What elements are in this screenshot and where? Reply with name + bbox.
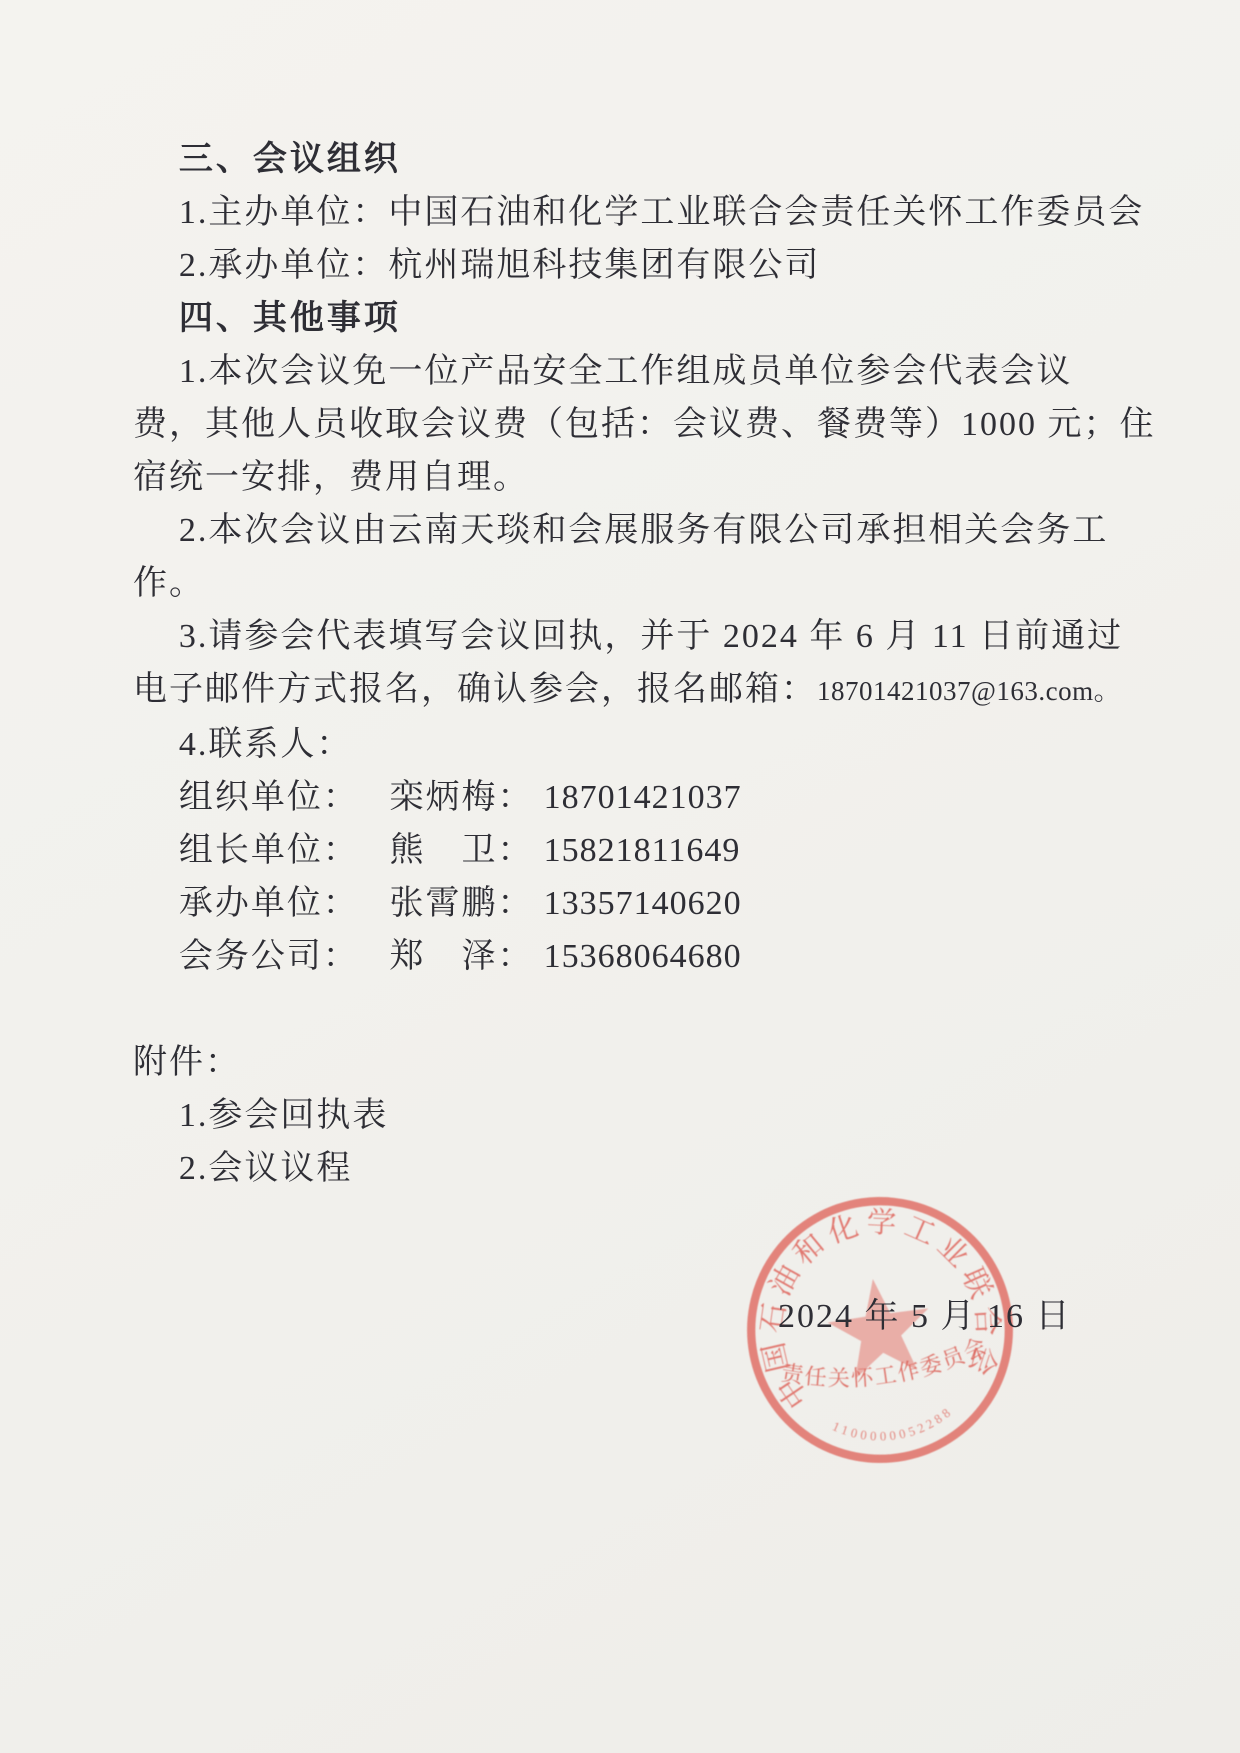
registration-text: 电子邮件方式报名，确认参会，报名邮箱：	[133, 671, 817, 708]
contact-row: 会务公司：郑 泽：15368064680	[133, 930, 1093, 983]
contact-phone: 13357140620	[544, 885, 742, 922]
body-line-service-1: 2.本次会议由云南天琰和会展服务有限公司承担相关会务工	[133, 504, 1093, 557]
registration-email: 18701421037@163.com。	[817, 676, 1121, 706]
contact-phone: 15821811649	[544, 832, 741, 869]
contact-row: 组长单位：熊 卫：15821811649	[133, 824, 1093, 877]
date-line: 2024 年 5 月 16 日	[778, 1288, 1072, 1337]
contact-label: 会务公司：	[179, 938, 359, 975]
document-body: 三、会议组织 1.主办单位：中国石油和化学工业联合会责任关怀工作委员会 2.承办…	[133, 133, 1093, 1195]
contact-label: 组长单位：	[179, 832, 359, 869]
contact-phone: 15368064680	[544, 938, 742, 975]
attachments-block: 附件： 1.参会回执表 2.会议议程	[133, 1036, 1093, 1195]
contact-row: 承办单位：张霄鹏：13357140620	[133, 877, 1093, 930]
attachment-item: 1.参会回执表	[133, 1089, 1093, 1142]
body-line-reply-2: 电子邮件方式报名，确认参会，报名邮箱：18701421037@163.com。	[133, 663, 1093, 718]
contact-label: 组织单位：	[179, 779, 359, 816]
contact-label: 承办单位：	[179, 885, 359, 922]
body-line-fee-1: 1.本次会议免一位产品安全工作组成员单位参会代表会议	[133, 345, 1093, 398]
scanned-document-page: 三、会议组织 1.主办单位：中国石油和化学工业联合会责任关怀工作委员会 2.承办…	[0, 0, 1240, 1753]
body-line-fee-3: 宿统一安排，费用自理。	[133, 451, 1093, 504]
contact-name: 熊 卫：	[389, 832, 533, 869]
body-line-organizer: 2.承办单位：杭州瑞旭科技集团有限公司	[133, 239, 1093, 292]
body-line-service-2: 作。	[133, 557, 1093, 610]
contact-name: 栾炳梅：	[389, 779, 533, 816]
section-heading-4: 四、其他事项	[133, 292, 1093, 345]
attachments-label: 附件：	[133, 1036, 1093, 1089]
body-line-contacts-heading: 4.联系人：	[133, 718, 1093, 771]
contact-name: 张霄鹏：	[389, 885, 533, 922]
contact-row: 组织单位：栾炳梅：18701421037	[133, 771, 1093, 824]
body-line-host: 1.主办单位：中国石油和化学工业联合会责任关怀工作委员会	[133, 186, 1093, 239]
contact-phone: 18701421037	[544, 779, 742, 816]
section-heading-3: 三、会议组织	[133, 133, 1093, 186]
body-line-fee-2: 费，其他人员收取会议费（包括：会议费、餐费等）1000 元；住	[133, 398, 1093, 451]
contact-name: 郑 泽：	[389, 938, 533, 975]
body-line-reply-1: 3.请参会代表填写会议回执，并于 2024 年 6 月 11 日前通过	[133, 610, 1093, 663]
